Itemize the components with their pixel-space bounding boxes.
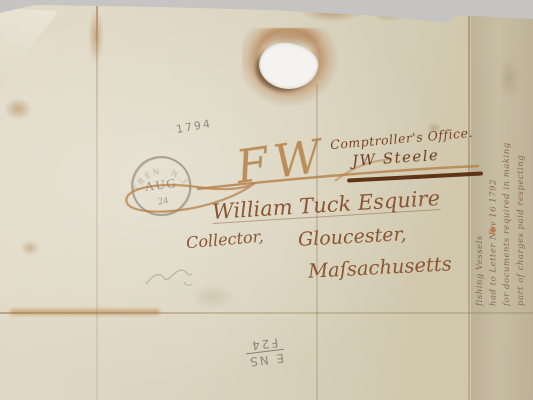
side-docket-line: for documents required in making	[501, 86, 515, 306]
foxing-stain	[300, 2, 364, 22]
foxing-stain	[88, 8, 104, 64]
side-docket-line: part of charges paid respecting	[515, 86, 529, 306]
letter-sheet: TREN. N.J AUG 24 1794 FW Comptroller's O…	[0, 0, 533, 400]
photograph: TREN. N.J AUG 24 1794 FW Comptroller's O…	[0, 0, 533, 400]
fold-crease-vertical-left	[96, 0, 98, 400]
side-docket-line: had to Letter Nov 16 1792	[488, 86, 502, 306]
corner-fold-flap	[0, 0, 70, 96]
foxing-stain	[372, 8, 406, 22]
collector-line: Collector,	[185, 227, 264, 253]
side-docket: fishing Vessels had to Letter Nov 16 179…	[474, 86, 532, 306]
foxing-stain	[20, 240, 40, 256]
foxing-stain	[4, 98, 32, 120]
side-docket-line: fishing Vessels	[474, 86, 488, 306]
fold-crease-stain	[10, 309, 160, 315]
pencil-scribble	[140, 264, 204, 292]
pencil-code: F24 E NS	[244, 334, 286, 369]
fold-crease-horizontal	[0, 312, 533, 314]
town-line: Gloucester,	[297, 223, 406, 251]
pencil-code-bottom: E NS	[246, 350, 286, 370]
state-line: Maſsachusetts	[307, 252, 452, 282]
